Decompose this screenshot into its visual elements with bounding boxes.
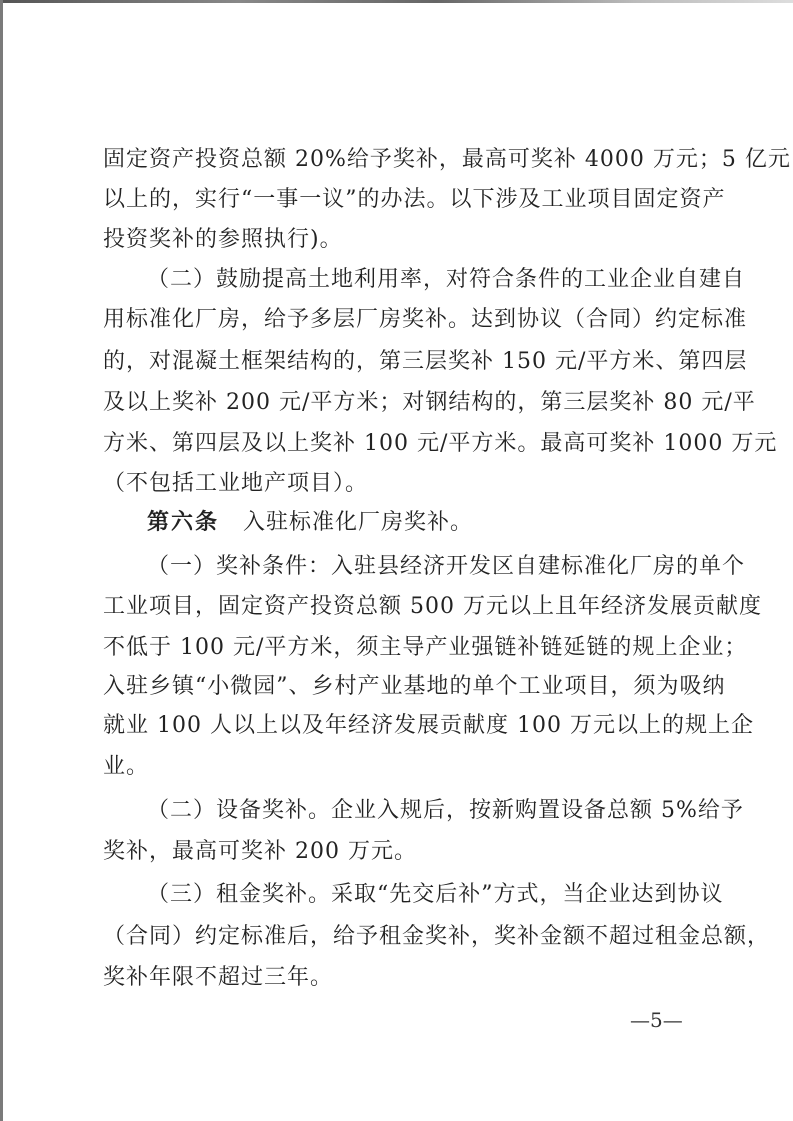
text-line: 用标准化厂房，给予多层厂房奖补。达到协议（合同）约定标准 [103, 305, 693, 335]
page-number: —5— [630, 1008, 683, 1032]
text-line: （三）租金奖补。采取“先交后补”方式，当企业达到协议 [147, 880, 693, 910]
text-line: 方米、第四层及以上奖补 100 元/平方米。最高可奖补 1000 万元 [103, 429, 693, 459]
article-number: 第六条 [147, 510, 219, 535]
text-line: 的，对混凝土框架结构的，第三层奖补 150 元/平方米、第四层 [103, 347, 693, 377]
text-line: 业。 [103, 752, 693, 782]
text-line: 及以上奖补 200 元/平方米；对钢结构的，第三层奖补 80 元/平 [103, 388, 693, 418]
text-line: （二）鼓励提高土地利用率，对符合条件的工业企业自建自 [147, 265, 693, 295]
text-line: （合同）约定标准后，给予租金奖补，奖补金额不超过租金总额， [103, 922, 693, 952]
text-line: 以上的，实行“一事一议”的办法。以下涉及工业项目固定资产 [103, 185, 693, 215]
article-heading: 第六条入驻标准化厂房奖补。 [147, 508, 693, 538]
text-line: 奖补年限不超过三年。 [103, 963, 693, 993]
text-line: 奖补，最高可奖补 200 万元。 [103, 837, 693, 867]
text-line: （一）奖补条件：入驻县经济开发区自建标准化厂房的单个 [147, 552, 693, 582]
text-line: 投资奖补的参照执行)。 [103, 225, 693, 255]
text-line: 固定资产投资总额 20%给予奖补，最高可奖补 4000 万元；5 亿元 [103, 145, 693, 175]
document-page: 固定资产投资总额 20%给予奖补，最高可奖补 4000 万元；5 亿元 以上的，… [0, 0, 793, 1121]
text-line: 工业项目，固定资产投资总额 500 万元以上且年经济发展贡献度 [103, 592, 693, 622]
text-line: 就业 100 人以上以及年经济发展贡献度 100 万元以上的规上企 [103, 711, 693, 741]
text-line: 不低于 100 元/平方米，须主导产业强链补链延链的规上企业； [103, 633, 693, 663]
article-title: 入驻标准化厂房奖补。 [243, 510, 473, 535]
text-line: （二）设备奖补。企业入规后，按新购置设备总额 5%给予 [147, 796, 693, 826]
text-line: （不包括工业地产项目）。 [103, 469, 693, 499]
text-line: 入驻乡镇“小微园”、乡村产业基地的单个工业项目，须为吸纳 [103, 672, 693, 702]
